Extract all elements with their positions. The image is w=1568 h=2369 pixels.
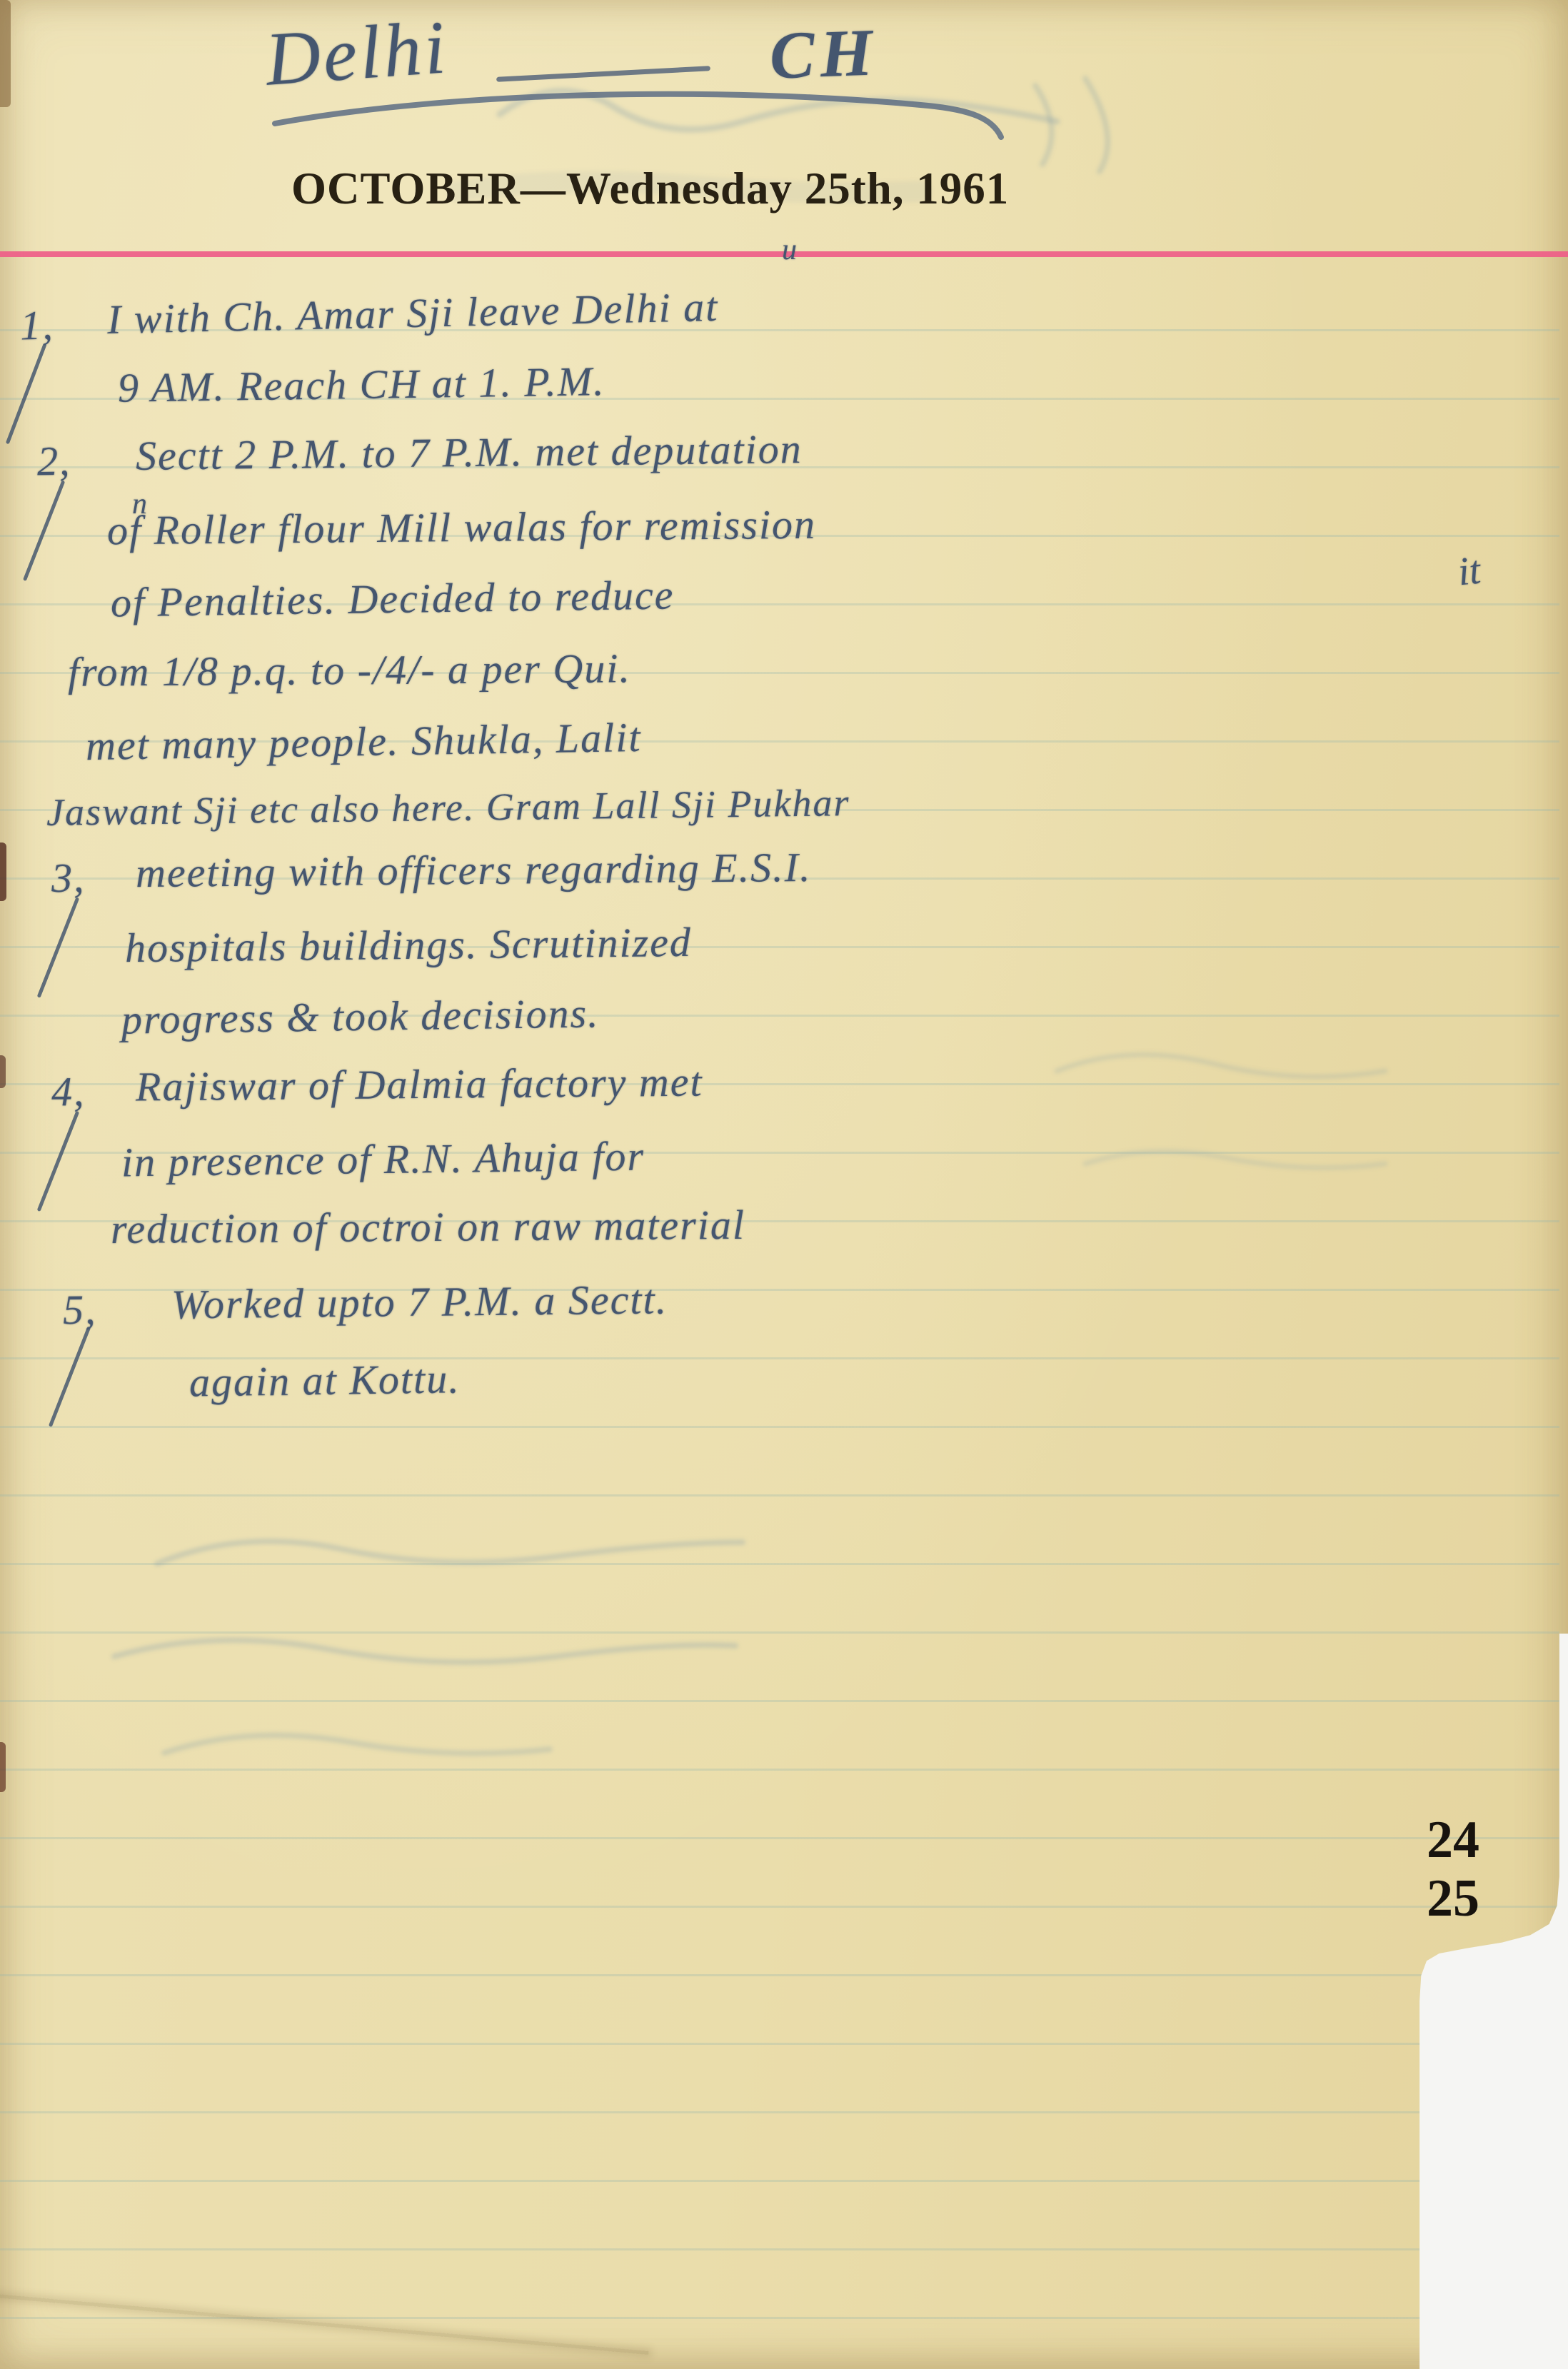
diary-line-text: I with Ch. Amar Sji leave Delhi at: [106, 283, 718, 343]
diary-line-text: progress & took decisions.: [121, 990, 600, 1042]
diary-line-text: in presence of R.N. Ahuja for: [121, 1133, 645, 1186]
diary-line: 4, Rajiswar of Dalmia factory met: [136, 1058, 703, 1111]
page-number-25: 25: [1394, 1872, 1479, 1925]
diary-line: 9 AM. Reach CH at 1. P.M.: [118, 357, 605, 412]
item-number: 3,: [51, 854, 86, 902]
item-number: 5,: [63, 1286, 97, 1334]
item-number: 1,: [20, 301, 55, 350]
item-number-slash: [37, 897, 80, 997]
diary-line-text: Worked upto 7 P.M. a Sectt.: [171, 1276, 668, 1327]
item-number-slash: [49, 1326, 91, 1427]
binding-edge-mark: [0, 1055, 6, 1088]
diary-line: 3, meeting with officers regarding E.S.I…: [136, 843, 812, 897]
diary-line-text: of Penalties. Decided to reduce: [111, 571, 675, 625]
binding-edge-mark: [0, 1742, 6, 1792]
diary-line-text: Rajiswar of Dalmia factory met: [136, 1059, 703, 1110]
item-number: 2,: [37, 437, 71, 485]
insert-mark-caret: u: [782, 233, 797, 267]
page-number-24: 24: [1394, 1814, 1479, 1866]
diary-line-text: Jaswant Sji etc also here. Gram Lall Sji…: [46, 781, 850, 834]
diary-line-text: reduction of octroi on raw material: [111, 1202, 745, 1252]
diary-line: of Penalties. Decided to reduce: [111, 570, 675, 626]
torn-corner-backing: [1411, 1634, 1568, 2369]
diary-line: Jaswant Sji etc also here. Gram Lall Sji…: [46, 780, 850, 835]
diary-line: of Roller flour Mill walas for remission: [107, 501, 817, 555]
diary-line: 2, Sectt 2 P.M. to 7 P.M. met deputation: [136, 425, 803, 480]
diary-line-text: again at Kottu.: [189, 1355, 461, 1405]
binding-edge-mark: [0, 0, 11, 107]
diary-line-text: 9 AM. Reach CH at 1. P.M.: [118, 358, 605, 411]
diary-line: again at Kottu.: [189, 1354, 461, 1406]
handwritten-dash-stroke: [496, 66, 710, 82]
printed-date-header: OCTOBER—Wednesday 25th, 1961: [291, 163, 1009, 215]
diary-line-text: from 1/8 p.q. to -/4/- a per Qui.: [68, 645, 631, 695]
diary-line: from 1/8 p.q. to -/4/- a per Qui.: [68, 644, 631, 696]
diary-line: 1, I with Ch. Amar Sji leave Delhi at: [106, 283, 719, 343]
binding-edge-mark: [0, 843, 6, 901]
floating-word-it: it: [1456, 548, 1483, 595]
item-number: 4,: [51, 1067, 86, 1115]
diary-line: reduction of octroi on raw material: [111, 1201, 745, 1253]
handwritten-place-from: Delhi: [263, 4, 451, 104]
diary-line: progress & took decisions.: [121, 989, 600, 1043]
paper: Delhi CH OCTOBER—Wednesday 25th, 1961 1,…: [0, 0, 1568, 2369]
diary-line: met many people. Shukla, Lalit: [86, 713, 642, 770]
diary-line: in presence of R.N. Ahuja for: [121, 1132, 645, 1187]
item-number-slash: [37, 1111, 80, 1212]
scanned-diary-page: Delhi CH OCTOBER—Wednesday 25th, 1961 1,…: [0, 0, 1568, 2369]
diary-line-text: met many people. Shukla, Lalit: [86, 714, 642, 769]
item-number-slash: [6, 343, 47, 444]
diary-line: hospitals buildings. Scrutinized: [125, 918, 693, 972]
item-number-slash: [23, 480, 65, 580]
insert-mark-n: n: [132, 487, 147, 521]
diary-line-text: hospitals buildings. Scrutinized: [125, 919, 693, 971]
diary-line-text: meeting with officers regarding E.S.I.: [136, 844, 812, 896]
diary-line-text: of Roller flour Mill walas for remission: [107, 501, 817, 554]
handwritten-place-to: CH: [768, 14, 880, 94]
paper-crease: [0, 2293, 648, 2355]
diary-line-text: Sectt 2 P.M. to 7 P.M. met deputation: [136, 426, 803, 479]
diary-line: 5, Worked upto 7 P.M. a Sectt.: [171, 1275, 668, 1328]
